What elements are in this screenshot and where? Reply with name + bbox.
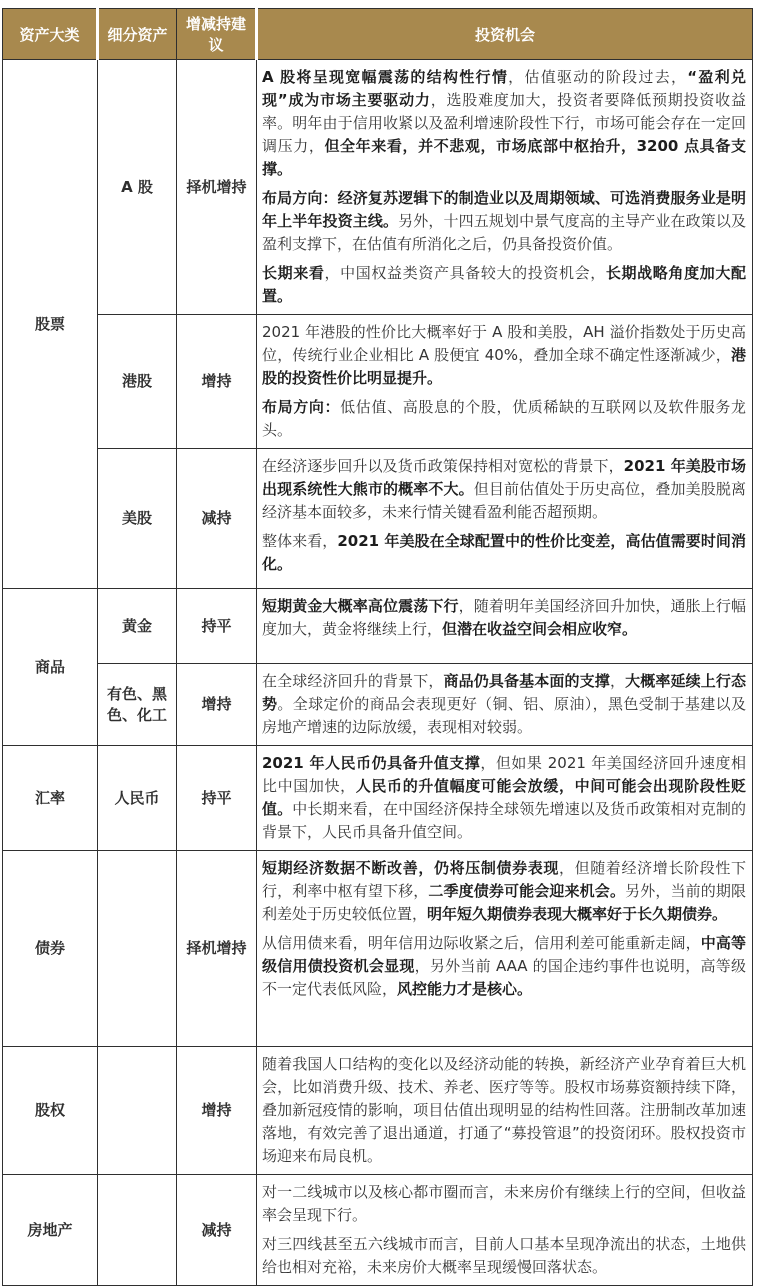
body-text: 。全球定价的商品会表现更好（铜、铝、原油），黑色受制于基建以及房地产增速的边际放…	[262, 695, 746, 736]
group-cell-commodities: 商品	[3, 589, 98, 746]
sub-cell-us-stocks: 美股	[98, 449, 177, 589]
asset-allocation-table: 资产大类 细分资产 增减持建议 投资机会 股票 A 股 择机增持 A 股将呈现宽…	[2, 8, 753, 1286]
body-text: 对一二线城市以及核心都市圈而言，未来房价有继续上行的空间，但收益率会呈现下行。	[262, 1183, 746, 1224]
paragraph: 布局方向：经济复苏逻辑下的制造业以及周期领域、可选消费服务业是明年上半年投资主线…	[262, 187, 746, 256]
advice-cell-a-shares: 择机增持	[177, 60, 257, 315]
content-cell-private-equity: 随着我国人口结构的变化以及经济动能的转换，新经济产业孕育着巨大机会，比如消费升级…	[257, 1047, 753, 1175]
emphasis-text: 布局方向：	[262, 398, 340, 416]
row-hk-stocks: 港股 增持 2021 年港股的性价比大概率好于 A 股和美股，AH 溢价指数处于…	[3, 315, 753, 449]
row-us-stocks: 美股 减持 在经济逐步回升以及货币政策保持相对宽松的背景下，2021 年美股市场…	[3, 449, 753, 589]
paragraph: 短期黄金大概率高位震荡下行，随着明年美国经济回升加快，通胀上行幅度加大，黄金将继…	[262, 595, 746, 641]
row-a-shares: 股票 A 股 择机增持 A 股将呈现宽幅震荡的结构性行情，估值驱动的阶段过去，“…	[3, 60, 753, 315]
body-text: ，中国权益类资产具备较大的投资机会，	[325, 264, 606, 282]
sub-cell-metals-chemicals: 有色、黑色、化工	[98, 664, 177, 746]
advice-cell-private-equity: 增持	[177, 1047, 257, 1175]
advice-cell-metals-chemicals: 增持	[177, 664, 257, 746]
paragraph: 长期来看，中国权益类资产具备较大的投资机会，长期战略角度加大配置。	[262, 262, 746, 308]
row-real-estate: 房地产 减持 对一二线城市以及核心都市圈而言，未来房价有继续上行的空间，但收益率…	[3, 1175, 753, 1286]
paragraph: 布局方向：低估值、高股息的个股，优质稀缺的互联网以及软件服务龙头。	[262, 396, 746, 442]
row-rmb: 汇率 人民币 持平 2021 年人民币仍具备升值支撑，但如果 2021 年美国经…	[3, 746, 753, 851]
emphasis-text: 二季度债券可能会迎来机会。	[428, 882, 625, 900]
emphasis-text: 长期来看	[262, 264, 325, 282]
content-cell-rmb: 2021 年人民币仍具备升值支撑，但如果 2021 年美国经济回升速度相比中国加…	[257, 746, 753, 851]
emphasis-text: 短期黄金大概率高位震荡下行	[262, 597, 459, 615]
sub-cell-a-shares: A 股	[98, 60, 177, 315]
sub-cell-rmb: 人民币	[98, 746, 177, 851]
body-text: 从信用债来看，明年信用边际收紧之后，信用利差可能重新走阔，	[262, 934, 701, 952]
emphasis-text: 风控能力才是核心。	[397, 980, 532, 998]
group-cell-private-equity: 股权	[3, 1047, 98, 1175]
emphasis-text: 2021 年人民币仍具备升值支撑	[262, 754, 480, 772]
header-advice: 增减持建议	[177, 9, 257, 60]
content-cell-real-estate: 对一二线城市以及核心都市圈而言，未来房价有继续上行的空间，但收益率会呈现下行。对…	[257, 1175, 753, 1286]
paragraph: A 股将呈现宽幅震荡的结构性行情，估值驱动的阶段过去，“盈利兑现”成为市场主要驱…	[262, 66, 746, 181]
sub-cell-gold: 黄金	[98, 589, 177, 664]
paragraph: 在全球经济回升的背景下，商品仍具备基本面的支撑，大概率延续上行态势。全球定价的商…	[262, 670, 746, 739]
content-cell-bonds: 短期经济数据不断改善，仍将压制债券表现，但随着经济增长阶段性下行，利率中枢有望下…	[257, 851, 753, 1047]
advice-cell-rmb: 持平	[177, 746, 257, 851]
header-sub-asset: 细分资产	[98, 9, 177, 60]
row-bonds: 债券 择机增持 短期经济数据不断改善，仍将压制债券表现，但随着经济增长阶段性下行…	[3, 851, 753, 1047]
emphasis-text: A 股将呈现宽幅震荡的结构性行情	[262, 68, 508, 86]
paragraph: 在经济逐步回升以及货币政策保持相对宽松的背景下，2021 年美股市场出现系统性大…	[262, 455, 746, 524]
body-text: ，估值驱动的阶段过去，	[508, 68, 687, 86]
sub-cell-hk-stocks: 港股	[98, 315, 177, 449]
header-opportunity: 投资机会	[257, 9, 753, 60]
body-text: 随着我国人口结构的变化以及经济动能的转换，新经济产业孕育着巨大机会，比如消费升级…	[262, 1055, 746, 1165]
group-cell-bonds: 债券	[3, 851, 98, 1047]
group-cell-real-estate: 房地产	[3, 1175, 98, 1286]
group-cell-fx: 汇率	[3, 746, 98, 851]
paragraph: 随着我国人口结构的变化以及经济动能的转换，新经济产业孕育着巨大机会，比如消费升级…	[262, 1053, 746, 1168]
body-text: 2021 年港股的性价比大概率好于 A 股和美股，AH 溢价指数处于历史高位，传…	[262, 323, 746, 364]
paragraph: 对一二线城市以及核心都市圈而言，未来房价有继续上行的空间，但收益率会呈现下行。	[262, 1181, 746, 1227]
sub-cell-empty-real-estate	[98, 1175, 177, 1286]
paragraph: 2021 年港股的性价比大概率好于 A 股和美股，AH 溢价指数处于历史高位，传…	[262, 321, 746, 390]
row-metals-chemicals: 有色、黑色、化工 增持 在全球经济回升的背景下，商品仍具备基本面的支撑，大概率延…	[3, 664, 753, 746]
emphasis-text: 短期经济数据不断改善，仍将压制债券表现	[262, 859, 559, 877]
paragraph: 整体来看，2021 年美股在全球配置中的性价比变差，高估值需要时间消化。	[262, 530, 746, 576]
content-cell-hk-stocks: 2021 年港股的性价比大概率好于 A 股和美股，AH 溢价指数处于历史高位，传…	[257, 315, 753, 449]
sub-cell-empty-private-equity	[98, 1047, 177, 1175]
body-text: 对三四线甚至五六线城市而言，目前人口基本呈现净流出的状态，土地供给也相对充裕，未…	[262, 1235, 746, 1276]
content-cell-gold: 短期黄金大概率高位震荡下行，随着明年美国经济回升加快，通胀上行幅度加大，黄金将继…	[257, 589, 753, 664]
body-text: 中长期来看，在中国经济保持全球领先增速以及货币政策相对克制的背景下，人民币具备升…	[262, 800, 746, 841]
advice-cell-hk-stocks: 增持	[177, 315, 257, 449]
content-cell-us-stocks: 在经济逐步回升以及货币政策保持相对宽松的背景下，2021 年美股市场出现系统性大…	[257, 449, 753, 589]
paragraph: 短期经济数据不断改善，仍将压制债券表现，但随着经济增长阶段性下行，利率中枢有望下…	[262, 857, 746, 926]
row-private-equity: 股权 增持 随着我国人口结构的变化以及经济动能的转换，新经济产业孕育着巨大机会，…	[3, 1047, 753, 1175]
row-gold: 商品 黄金 持平 短期黄金大概率高位震荡下行，随着明年美国经济回升加快，通胀上行…	[3, 589, 753, 664]
sub-cell-empty-bonds	[98, 851, 177, 1047]
advice-cell-real-estate: 减持	[177, 1175, 257, 1286]
emphasis-text: 但潜在收益空间会相应收窄。	[442, 620, 637, 638]
paragraph: 2021 年人民币仍具备升值支撑，但如果 2021 年美国经济回升速度相比中国加…	[262, 752, 746, 844]
body-text: 在全球经济回升的背景下，	[262, 672, 444, 690]
emphasis-text: 明年短久期债券表现大概率好于长久期债券。	[427, 905, 727, 923]
content-cell-a-shares: A 股将呈现宽幅震荡的结构性行情，估值驱动的阶段过去，“盈利兑现”成为市场主要驱…	[257, 60, 753, 315]
group-cell-stocks: 股票	[3, 60, 98, 589]
paragraph: 从信用债来看，明年信用边际收紧之后，信用利差可能重新走阔，中高等级信用债投资机会…	[262, 932, 746, 1001]
advice-cell-bonds: 择机增持	[177, 851, 257, 1047]
content-cell-metals-chemicals: 在全球经济回升的背景下，商品仍具备基本面的支撑，大概率延续上行态势。全球定价的商…	[257, 664, 753, 746]
body-text: 在经济逐步回升以及货币政策保持相对宽松的背景下，	[262, 457, 624, 475]
emphasis-text: 但全年来看，并不悲观，市场底部中枢抬升，3200 点具备支撑。	[262, 137, 746, 178]
header-row: 资产大类 细分资产 增减持建议 投资机会	[3, 9, 753, 60]
body-text: 整体来看，	[262, 532, 337, 550]
emphasis-text: 商品仍具备基本面的支撑	[444, 672, 610, 690]
advice-cell-gold: 持平	[177, 589, 257, 664]
paragraph: 对三四线甚至五六线城市而言，目前人口基本呈现净流出的状态，土地供给也相对充裕，未…	[262, 1233, 746, 1279]
advice-cell-us-stocks: 减持	[177, 449, 257, 589]
header-asset-class: 资产大类	[3, 9, 98, 60]
body-text: ，	[610, 672, 625, 690]
